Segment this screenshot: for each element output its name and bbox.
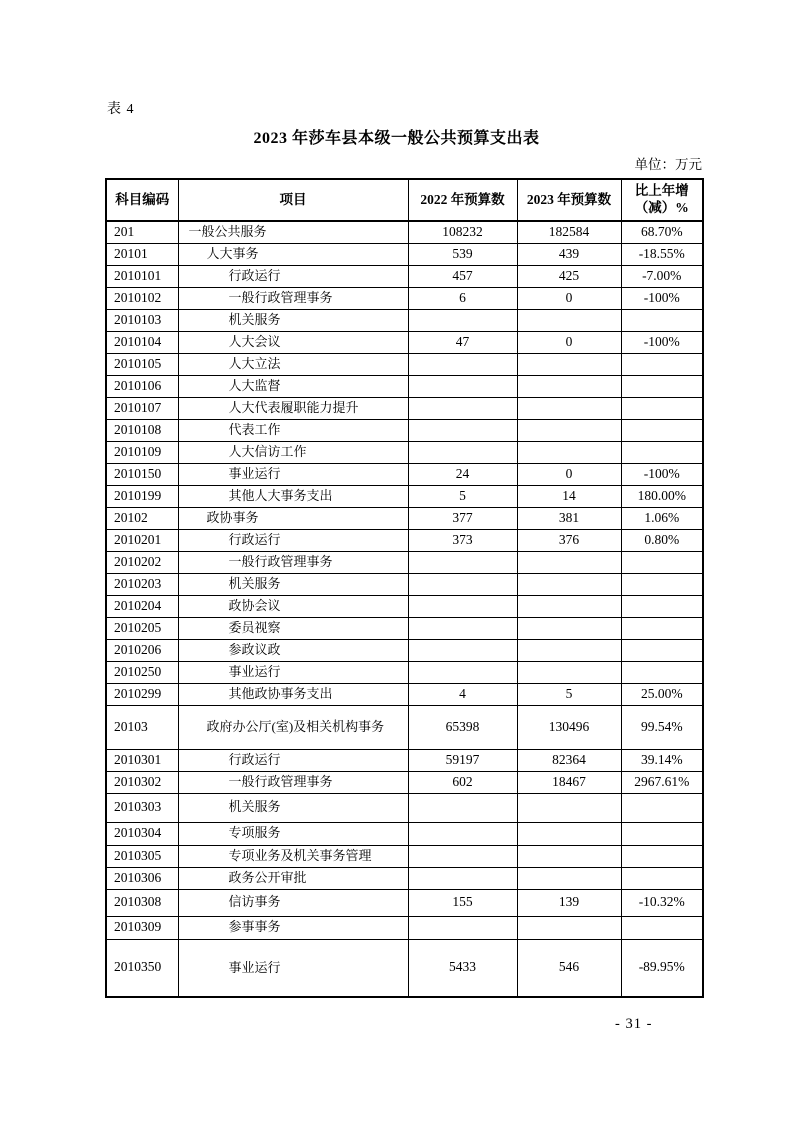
code-cell: 2010109 [106, 441, 178, 463]
budget-2023-cell [517, 573, 621, 595]
column-header: 项目 [178, 179, 408, 221]
code-cell: 2010106 [106, 375, 178, 397]
pct-change-cell: 39.14% [621, 749, 703, 771]
code-cell: 2010309 [106, 916, 178, 939]
table-row: 2010304专项服务 [106, 822, 703, 845]
item-cell: 专项业务及机关事务管理 [178, 845, 408, 867]
budget-2022-cell [408, 793, 517, 822]
page-number: - 31 - [615, 1016, 652, 1033]
code-cell: 2010299 [106, 683, 178, 705]
code-cell: 2010102 [106, 287, 178, 309]
item-cell: 事业运行 [178, 939, 408, 997]
budget-2022-cell [408, 595, 517, 617]
table-row: 2010302一般行政管理事务602184672967.61% [106, 771, 703, 793]
pct-change-cell: 68.70% [621, 221, 703, 243]
item-cell: 一般行政管理事务 [178, 771, 408, 793]
pct-change-cell: -10.32% [621, 889, 703, 916]
code-cell: 2010305 [106, 845, 178, 867]
pct-change-cell [621, 639, 703, 661]
budget-2023-cell [517, 617, 621, 639]
table-body: 201一般公共服务10823218258468.70%20101人大事务5394… [106, 221, 703, 997]
pct-change-cell: 2967.61% [621, 771, 703, 793]
budget-2022-cell [408, 639, 517, 661]
budget-2022-cell [408, 617, 517, 639]
budget-2022-cell [408, 845, 517, 867]
item-cell: 人大代表履职能力提升 [178, 397, 408, 419]
code-cell: 2010304 [106, 822, 178, 845]
page-title: 2023 年莎车县本级一般公共预算支出表 [0, 125, 793, 148]
pct-change-cell [621, 441, 703, 463]
budget-2023-cell [517, 867, 621, 889]
budget-2022-cell [408, 573, 517, 595]
table-row: 2010306政务公开审批 [106, 867, 703, 889]
column-header: 科目编码 [106, 179, 178, 221]
budget-2023-cell [517, 661, 621, 683]
pct-change-cell [621, 595, 703, 617]
document-page: 表 4 2023 年莎车县本级一般公共预算支出表 单位：万元 科目编码项目202… [0, 0, 793, 1122]
code-cell: 2010301 [106, 749, 178, 771]
code-cell: 2010201 [106, 529, 178, 551]
pct-change-cell [621, 551, 703, 573]
item-cell: 参政议政 [178, 639, 408, 661]
budget-2022-cell [408, 309, 517, 331]
budget-2023-cell [517, 551, 621, 573]
budget-2022-cell: 6 [408, 287, 517, 309]
budget-2022-cell [408, 375, 517, 397]
pct-change-cell: 180.00% [621, 485, 703, 507]
budget-2022-cell: 4 [408, 683, 517, 705]
code-cell: 2010302 [106, 771, 178, 793]
budget-2022-cell [408, 916, 517, 939]
table-row: 2010109人大信访工作 [106, 441, 703, 463]
table-row: 2010103机关服务 [106, 309, 703, 331]
budget-2023-cell [517, 375, 621, 397]
budget-2023-cell: 139 [517, 889, 621, 916]
table-row: 2010350事业运行5433546-89.95% [106, 939, 703, 997]
table-row: 2010206参政议政 [106, 639, 703, 661]
budget-2022-cell: 108232 [408, 221, 517, 243]
pct-change-cell [621, 867, 703, 889]
table-row: 2010203机关服务 [106, 573, 703, 595]
pct-change-cell: -100% [621, 331, 703, 353]
table-row: 2010303机关服务 [106, 793, 703, 822]
code-cell: 2010107 [106, 397, 178, 419]
budget-2023-cell: 18467 [517, 771, 621, 793]
column-header: 比上年增（减）% [621, 179, 703, 221]
budget-2023-cell [517, 309, 621, 331]
code-cell: 2010199 [106, 485, 178, 507]
table-row: 2010201行政运行3733760.80% [106, 529, 703, 551]
item-cell: 事业运行 [178, 661, 408, 683]
pct-change-cell: 25.00% [621, 683, 703, 705]
budget-2023-cell [517, 822, 621, 845]
budget-2023-cell: 14 [517, 485, 621, 507]
item-cell: 代表工作 [178, 419, 408, 441]
table-row: 20102政协事务3773811.06% [106, 507, 703, 529]
table-row: 2010102一般行政管理事务60-100% [106, 287, 703, 309]
budget-2022-cell: 65398 [408, 705, 517, 749]
budget-2022-cell: 539 [408, 243, 517, 265]
code-cell: 2010108 [106, 419, 178, 441]
item-cell: 行政运行 [178, 749, 408, 771]
item-cell: 信访事务 [178, 889, 408, 916]
item-cell: 人大会议 [178, 331, 408, 353]
budget-table: 科目编码项目2022 年预算数2023 年预算数比上年增（减）% 201一般公共… [105, 178, 704, 998]
code-cell: 2010308 [106, 889, 178, 916]
item-cell: 一般行政管理事务 [178, 551, 408, 573]
budget-2022-cell: 377 [408, 507, 517, 529]
code-cell: 2010103 [106, 309, 178, 331]
table-header: 科目编码项目2022 年预算数2023 年预算数比上年增（减）% [106, 179, 703, 221]
budget-2023-cell [517, 397, 621, 419]
budget-2023-cell [517, 916, 621, 939]
table-row: 2010104人大会议470-100% [106, 331, 703, 353]
budget-2023-cell [517, 441, 621, 463]
item-cell: 人大立法 [178, 353, 408, 375]
code-cell: 2010250 [106, 661, 178, 683]
budget-2022-cell [408, 822, 517, 845]
table-row: 2010299其他政协事务支出4525.00% [106, 683, 703, 705]
budget-2022-cell: 602 [408, 771, 517, 793]
budget-2022-cell [408, 661, 517, 683]
item-cell: 政府办公厅(室)及相关机构事务 [178, 705, 408, 749]
table-row: 2010205委员视察 [106, 617, 703, 639]
code-cell: 201 [106, 221, 178, 243]
table-row: 2010308信访事务155139-10.32% [106, 889, 703, 916]
table-row: 2010150事业运行240-100% [106, 463, 703, 485]
column-header: 2022 年预算数 [408, 179, 517, 221]
budget-2023-cell: 0 [517, 287, 621, 309]
budget-2022-cell: 155 [408, 889, 517, 916]
pct-change-cell: -18.55% [621, 243, 703, 265]
item-cell: 机关服务 [178, 309, 408, 331]
code-cell: 2010150 [106, 463, 178, 485]
budget-2022-cell [408, 551, 517, 573]
item-cell: 行政运行 [178, 529, 408, 551]
column-header-text: 比上年增（减）% [633, 183, 691, 217]
table-row: 20103政府办公厅(室)及相关机构事务6539813049699.54% [106, 705, 703, 749]
budget-2023-cell: 5 [517, 683, 621, 705]
budget-2022-cell [408, 867, 517, 889]
item-cell: 人大监督 [178, 375, 408, 397]
budget-2023-cell [517, 595, 621, 617]
pct-change-cell [621, 353, 703, 375]
budget-2022-cell [408, 397, 517, 419]
pct-change-cell [621, 661, 703, 683]
pct-change-cell: 0.80% [621, 529, 703, 551]
pct-change-cell [621, 916, 703, 939]
item-cell: 行政运行 [178, 265, 408, 287]
budget-2022-cell: 373 [408, 529, 517, 551]
budget-2023-cell: 439 [517, 243, 621, 265]
item-cell: 委员视察 [178, 617, 408, 639]
table-row: 2010101行政运行457425-7.00% [106, 265, 703, 287]
table-row: 2010204政协会议 [106, 595, 703, 617]
code-cell: 2010206 [106, 639, 178, 661]
item-cell: 人大事务 [178, 243, 408, 265]
item-cell: 政协会议 [178, 595, 408, 617]
budget-2023-cell [517, 793, 621, 822]
item-cell: 其他人大事务支出 [178, 485, 408, 507]
column-header: 2023 年预算数 [517, 179, 621, 221]
budget-2022-cell: 5 [408, 485, 517, 507]
table-row: 2010305专项业务及机关事务管理 [106, 845, 703, 867]
unit-note: 单位：万元 [635, 153, 703, 173]
budget-2023-cell [517, 639, 621, 661]
budget-2023-cell: 546 [517, 939, 621, 997]
item-cell: 人大信访工作 [178, 441, 408, 463]
item-cell: 专项服务 [178, 822, 408, 845]
budget-2023-cell: 381 [517, 507, 621, 529]
pct-change-cell [621, 573, 703, 595]
budget-2022-cell: 24 [408, 463, 517, 485]
item-cell: 一般公共服务 [178, 221, 408, 243]
code-cell: 20102 [106, 507, 178, 529]
pct-change-cell: -89.95% [621, 939, 703, 997]
code-cell: 20103 [106, 705, 178, 749]
budget-2022-cell: 47 [408, 331, 517, 353]
code-cell: 20101 [106, 243, 178, 265]
code-cell: 2010205 [106, 617, 178, 639]
budget-2023-cell: 130496 [517, 705, 621, 749]
item-cell: 机关服务 [178, 793, 408, 822]
code-cell: 2010105 [106, 353, 178, 375]
budget-2023-cell [517, 353, 621, 375]
table-number-label: 表 4 [107, 98, 135, 118]
item-cell: 机关服务 [178, 573, 408, 595]
pct-change-cell: -7.00% [621, 265, 703, 287]
code-cell: 2010101 [106, 265, 178, 287]
item-cell: 参事事务 [178, 916, 408, 939]
item-cell: 一般行政管理事务 [178, 287, 408, 309]
code-cell: 2010203 [106, 573, 178, 595]
table-row: 2010301行政运行591978236439.14% [106, 749, 703, 771]
table-row: 2010106人大监督 [106, 375, 703, 397]
pct-change-cell: -100% [621, 287, 703, 309]
budget-2023-cell: 0 [517, 463, 621, 485]
code-cell: 2010202 [106, 551, 178, 573]
budget-2022-cell [408, 353, 517, 375]
pct-change-cell [621, 419, 703, 441]
pct-change-cell [621, 793, 703, 822]
budget-2023-cell [517, 845, 621, 867]
budget-2023-cell: 376 [517, 529, 621, 551]
item-cell: 政务公开审批 [178, 867, 408, 889]
header-row: 科目编码项目2022 年预算数2023 年预算数比上年增（减）% [106, 179, 703, 221]
code-cell: 2010306 [106, 867, 178, 889]
pct-change-cell [621, 309, 703, 331]
item-cell: 政协事务 [178, 507, 408, 529]
code-cell: 2010104 [106, 331, 178, 353]
code-cell: 2010204 [106, 595, 178, 617]
budget-2023-cell: 0 [517, 331, 621, 353]
budget-2023-cell: 82364 [517, 749, 621, 771]
item-cell: 其他政协事务支出 [178, 683, 408, 705]
table-row: 2010199其他人大事务支出514180.00% [106, 485, 703, 507]
budget-2022-cell [408, 441, 517, 463]
table-row: 2010108代表工作 [106, 419, 703, 441]
pct-change-cell: -100% [621, 463, 703, 485]
pct-change-cell [621, 845, 703, 867]
item-cell: 事业运行 [178, 463, 408, 485]
pct-change-cell: 1.06% [621, 507, 703, 529]
pct-change-cell: 99.54% [621, 705, 703, 749]
table-row: 201一般公共服务10823218258468.70% [106, 221, 703, 243]
budget-2022-cell: 59197 [408, 749, 517, 771]
pct-change-cell [621, 375, 703, 397]
budget-2022-cell: 5433 [408, 939, 517, 997]
budget-2023-cell [517, 419, 621, 441]
table-row: 2010105人大立法 [106, 353, 703, 375]
budget-2023-cell: 425 [517, 265, 621, 287]
table-row: 2010309参事事务 [106, 916, 703, 939]
table-row: 2010202一般行政管理事务 [106, 551, 703, 573]
table-row: 20101人大事务539439-18.55% [106, 243, 703, 265]
code-cell: 2010350 [106, 939, 178, 997]
budget-2022-cell [408, 419, 517, 441]
budget-2023-cell: 182584 [517, 221, 621, 243]
table-row: 2010107人大代表履职能力提升 [106, 397, 703, 419]
code-cell: 2010303 [106, 793, 178, 822]
budget-2022-cell: 457 [408, 265, 517, 287]
table-row: 2010250事业运行 [106, 661, 703, 683]
pct-change-cell [621, 617, 703, 639]
pct-change-cell [621, 397, 703, 419]
pct-change-cell [621, 822, 703, 845]
